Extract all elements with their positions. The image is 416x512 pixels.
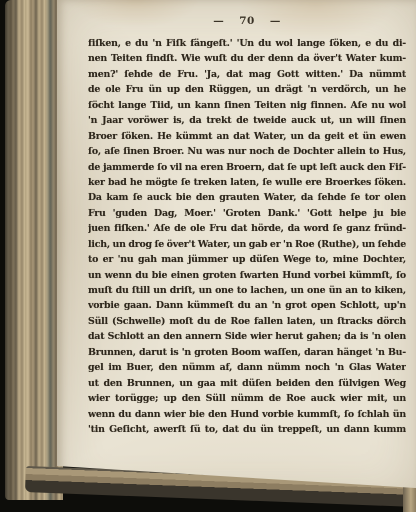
text-line: de ole Fru ün up den Rüggen, un drägt 'n… xyxy=(88,82,406,97)
text-line: Da kam ſe auck bie den grauten Water, da… xyxy=(88,190,406,205)
text-line: ker bad he mögte ſe treken laten, ſe wul… xyxy=(88,175,406,190)
page-number-value: 70 xyxy=(239,15,255,27)
page-number-dash-right: — xyxy=(270,15,281,27)
text-line: ſöcht lange Tiid, un kann ſinen Teiten n… xyxy=(88,98,406,113)
text-line: 'tin Geſicht, awerſt ſü to, dat du ün tr… xyxy=(88,422,406,437)
text-line: ut den Brunnen, un gaa mit düſen beiden … xyxy=(88,376,406,391)
book-left-page-edges xyxy=(5,0,63,500)
text-line: Broer ſöken. He kümmt an dat Water, un d… xyxy=(88,129,406,144)
book-page: — 70 — fiſken, e du 'n Fiſk fängeſt.' 'U… xyxy=(57,0,416,500)
text-line: Fru 'guden Dag, Moer.' 'Groten Dank.' 'G… xyxy=(88,206,406,221)
text-line: muſt du ſtill un driſt, un one to lachen… xyxy=(88,283,406,298)
body-text: fiſken, e du 'n Fiſk fängeſt.' 'Un du wo… xyxy=(88,36,406,437)
text-line: lich, un drog ſe över't Water, un gab er… xyxy=(88,237,406,252)
text-line: un wenn du bie einen groten ſwarten Hund… xyxy=(88,268,406,283)
text-line: Süll (Schwelle) moſt du de Roe fallen la… xyxy=(88,314,406,329)
text-line: gel im Buer, den nümm af, dann nümm noch… xyxy=(88,360,406,375)
text-line: Brunnen, darut is 'n groten Boom waſſen,… xyxy=(88,345,406,360)
text-line: vorbie gaan. Dann kümmeſt du an 'n grot … xyxy=(88,298,406,313)
text-line: de jammerde ſo vil na eren Broern, dat ſ… xyxy=(88,160,406,175)
text-line: 'n Jaar voröwer is, da trekt de tweide a… xyxy=(88,113,406,128)
text-line: wier torügge; up den Süll nümm de Roe au… xyxy=(88,391,406,406)
text-line: nen Teiten findſt. Wie wuſt du der denn … xyxy=(88,51,406,66)
text-line: dat Schlott an den annern Side wier heru… xyxy=(88,329,406,344)
page-number: — 70 — xyxy=(88,15,406,27)
text-line: to er 'nu gah man jümmer up düſen Wege t… xyxy=(88,252,406,267)
text-line: fiſken, e du 'n Fiſk fängeſt.' 'Un du wo… xyxy=(88,36,406,51)
text-line: men?' ſehde de Fru. 'Ja, dat mag Gott wi… xyxy=(88,67,406,82)
text-line: wenn du dann wier bie den Hund vorbie ku… xyxy=(88,407,406,422)
text-line: ſo, aſe ſinen Broer. Nu was nur noch de … xyxy=(88,144,406,159)
page-number-dash-left: — xyxy=(213,15,224,27)
text-line: juen fiſken.' Aſe de ole Fru dat hörde, … xyxy=(88,221,406,236)
photo-background: — 70 — fiſken, e du 'n Fiſk fängeſt.' 'U… xyxy=(0,0,416,512)
